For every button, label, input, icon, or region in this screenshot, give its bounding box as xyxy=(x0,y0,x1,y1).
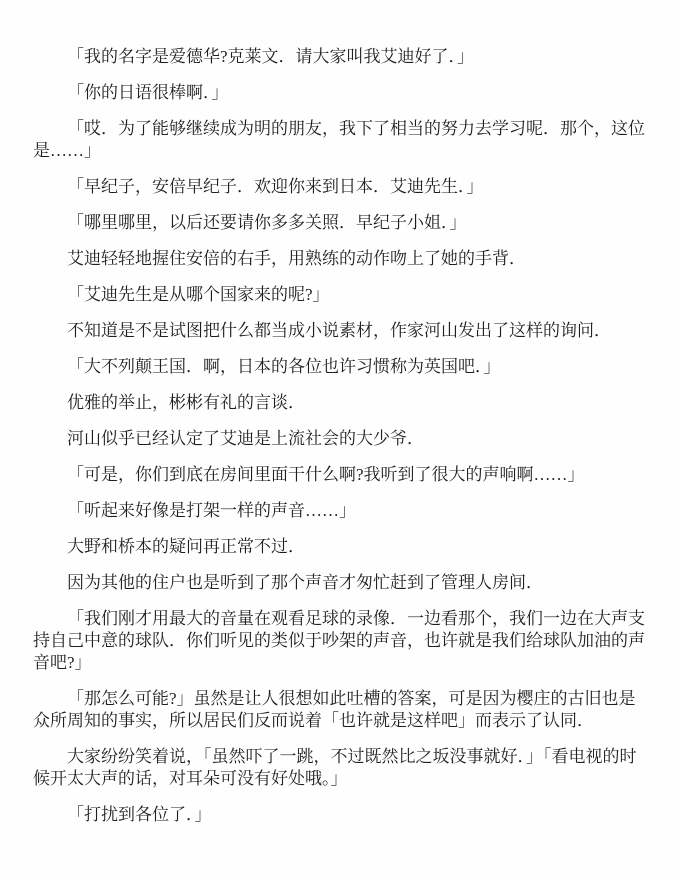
paragraph: 大家纷纷笑着说，「虽然吓了一跳，不过既然比之坂没事就好．」「看电视的时候开太大声… xyxy=(33,746,649,790)
paragraph: 「艾迪先生是从哪个国家来的呢?」 xyxy=(33,284,649,306)
paragraph: 「我的名字是爱德华?克莱文．请大家叫我艾迪好了．」 xyxy=(33,46,649,68)
paragraph: 艾迪轻轻地握住安倍的右手，用熟练的动作吻上了她的手背． xyxy=(33,248,649,270)
paragraph: 「可是，你们到底在房间里面干什么啊?我听到了很大的声响啊……」 xyxy=(33,464,649,486)
paragraph: 优雅的举止，彬彬有礼的言谈． xyxy=(33,392,649,414)
paragraph: 不知道是不是试图把什么都当成小说素材，作家河山发出了这样的询问． xyxy=(33,320,649,342)
paragraph: 「我们刚才用最大的音量在观看足球的录像．一边看那个，我们一边在大声支持自己中意的… xyxy=(33,608,649,674)
paragraph: 「早纪子，安倍早纪子．欢迎你来到日本．艾迪先生．」 xyxy=(33,176,649,198)
paragraph: 「那怎么可能?」虽然是让人很想如此吐槽的答案，可是因为樱庄的古旧也是众所周知的事… xyxy=(33,688,649,732)
paragraph: 「打扰到各位了．」 xyxy=(33,804,649,826)
paragraph: 因为其他的住户也是听到了那个声音才匆忙赶到了管理人房间． xyxy=(33,572,649,594)
paragraph: 「你的日语很棒啊．」 xyxy=(33,82,649,104)
paragraph: 「听起来好像是打架一样的声音……」 xyxy=(33,500,649,522)
paragraph: 大野和桥本的疑问再正常不过． xyxy=(33,536,649,558)
paragraph: 河山似乎已经认定了艾迪是上流社会的大少爷． xyxy=(33,428,649,450)
document-page: 「我的名字是爱德华?克莱文．请大家叫我艾迪好了．」 「你的日语很棒啊．」 「哎．… xyxy=(0,0,680,880)
page-content: 「我的名字是爱德华?克莱文．请大家叫我艾迪好了．」 「你的日语很棒啊．」 「哎．… xyxy=(33,46,649,826)
paragraph: 「大不列颠王国．啊，日本的各位也许习惯称为英国吧．」 xyxy=(33,356,649,378)
paragraph: 「哪里哪里，以后还要请你多多关照．早纪子小姐．」 xyxy=(33,212,649,234)
paragraph: 「哎．为了能够继续成为明的朋友，我下了相当的努力去学习呢．那个，这位是……」 xyxy=(33,118,649,162)
